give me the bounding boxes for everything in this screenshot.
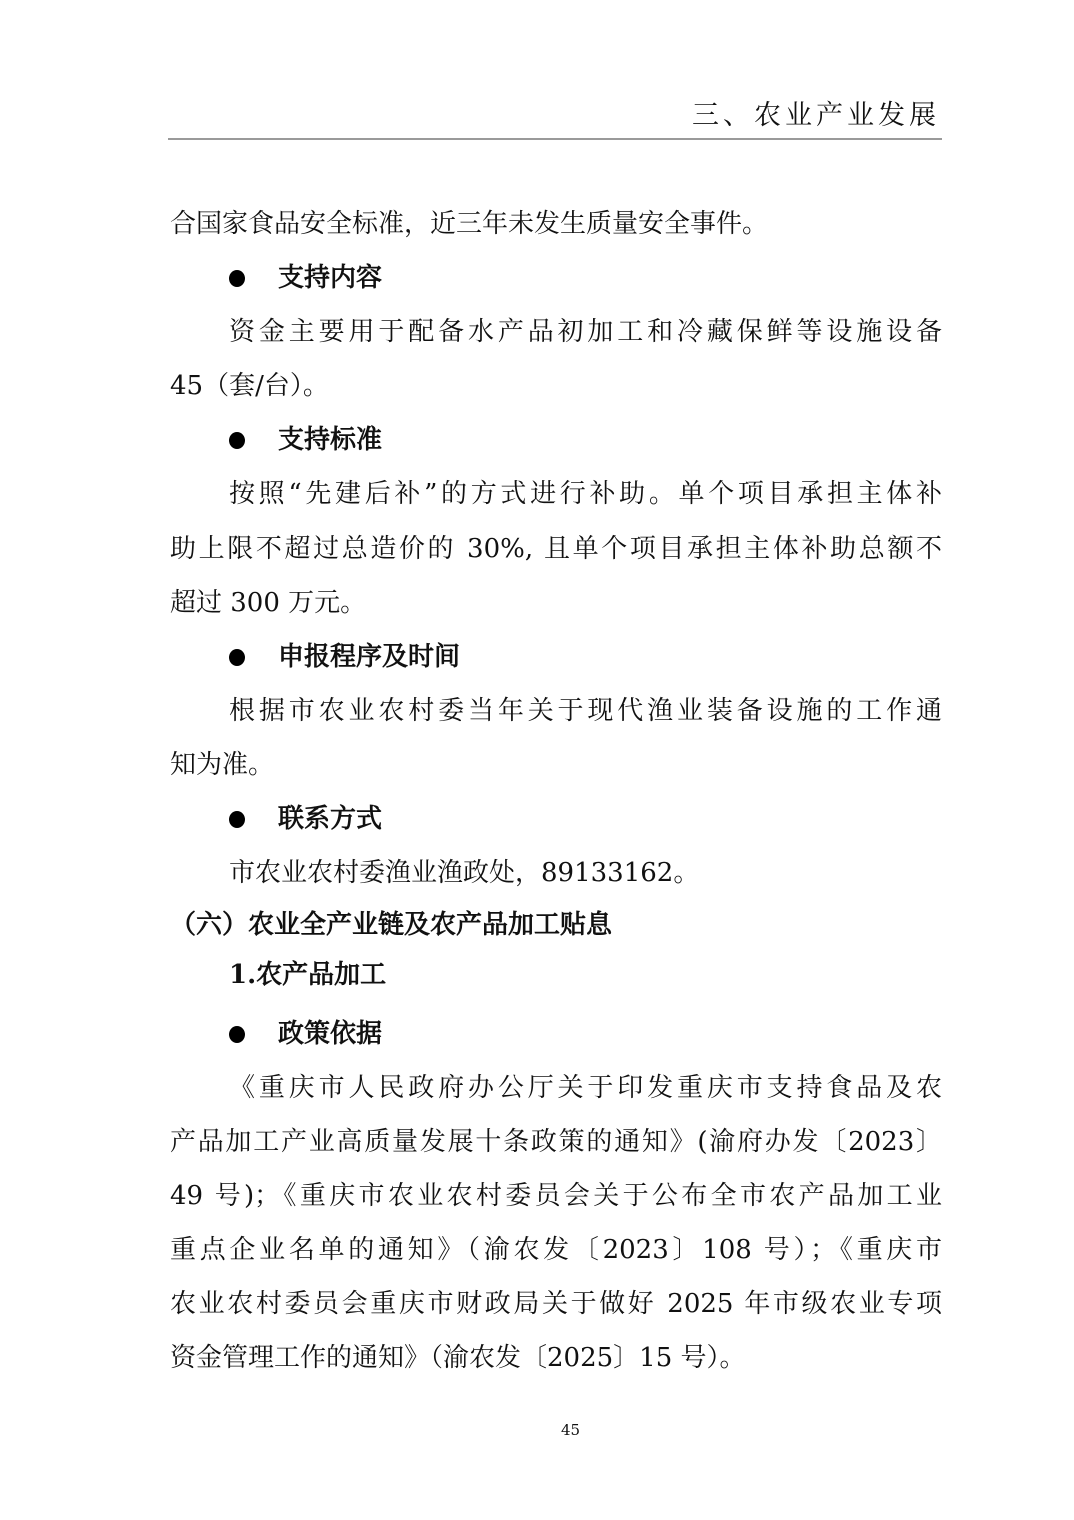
paragraph-line: 农业农村委员会重庆市财政局关于做好 2025 年市级农业专项	[170, 1284, 942, 1324]
paragraph-line: 重点企业名单的通知》（渝农发〔2023〕108 号）；《重庆市	[170, 1230, 942, 1270]
paragraph-line: 产品加工产业高质量发展十条政策的通知》(渝府办发〔2023〕	[170, 1122, 942, 1162]
sub-heading: 1.农产品加工	[229, 955, 386, 995]
paragraph-line: 合国家食品安全标准，近三年未发生质量安全事件。	[170, 204, 942, 244]
bullet-heading-label: 联系方式	[278, 799, 382, 839]
paragraph-line: 49 号)；《重庆市农业农村委员会关于公布全市农产品加工业	[170, 1176, 942, 1216]
bullet-heading-policy-basis: 政策依据	[229, 1014, 382, 1054]
section-heading: （六）农业全产业链及农产品加工贴息	[170, 905, 612, 945]
bullet-icon	[229, 270, 245, 287]
bullet-heading-label: 申报程序及时间	[278, 637, 460, 677]
bullet-heading-label: 支持内容	[278, 258, 382, 298]
paragraph-line: 资金主要用于配备水产品初加工和冷藏保鲜等设施设备	[229, 312, 942, 352]
bullet-heading-application: 申报程序及时间	[229, 637, 460, 677]
bullet-heading-label: 支持标准	[278, 420, 382, 460]
paragraph-line: 45（套/台）。	[170, 366, 942, 406]
bullet-icon	[229, 432, 245, 449]
bullet-heading-label: 政策依据	[278, 1014, 382, 1054]
bullet-heading-support-content: 支持内容	[229, 258, 382, 298]
page-number: 45	[0, 1420, 1074, 1440]
bullet-icon	[229, 1026, 245, 1043]
bullet-heading-contact: 联系方式	[229, 799, 382, 839]
paragraph-line: 《重庆市人民政府办公厅关于印发重庆市支持食品及农	[229, 1068, 942, 1108]
bullet-heading-support-standard: 支持标准	[229, 420, 382, 460]
paragraph-line: 知为准。	[170, 745, 942, 785]
bullet-icon	[229, 649, 245, 666]
paragraph-line: 资金管理工作的通知》（渝农发〔2025〕15 号）。	[170, 1338, 942, 1378]
paragraph-line: 根据市农业农村委当年关于现代渔业装备设施的工作通	[229, 691, 942, 731]
bullet-icon	[229, 811, 245, 828]
header-divider	[168, 138, 942, 140]
contact-line: 市农业农村委渔业渔政处，89133162。	[229, 853, 942, 893]
paragraph-line: 按照“先建后补”的方式进行补助。单个项目承担主体补	[229, 474, 942, 514]
paragraph-line: 超过 300 万元。	[170, 583, 942, 623]
running-header-title: 三、农业产业发展	[692, 96, 940, 136]
paragraph-line: 助上限不超过总造价的 30%, 且单个项目承担主体补助总额不	[170, 529, 942, 569]
